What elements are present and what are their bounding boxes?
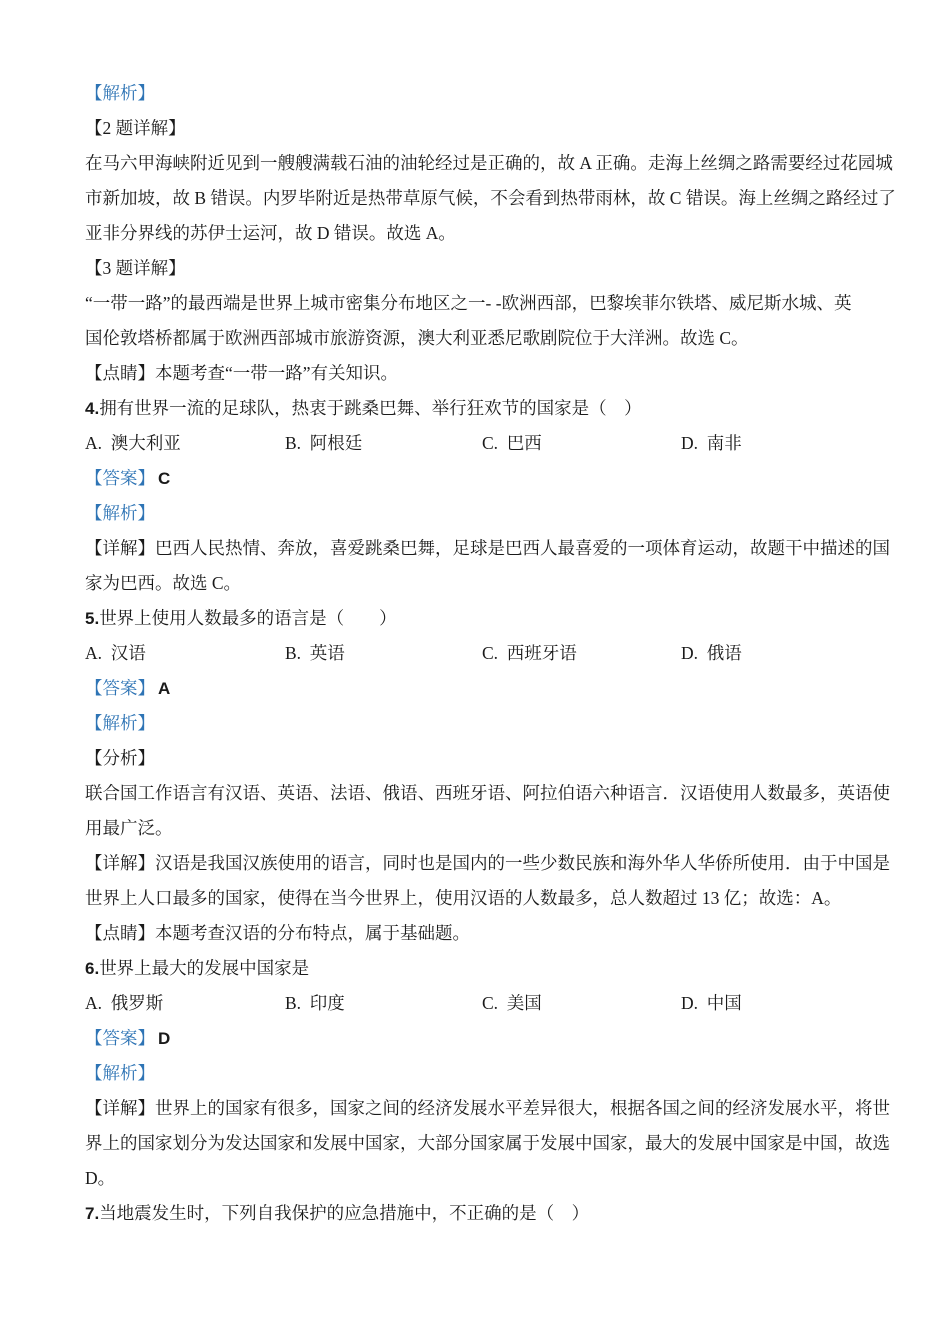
paragraph-text: 【详解】汉语是我国汉族使用的语言，同时也是国内的一些少数民族和海外华人华侨所使用… <box>85 853 890 873</box>
text-line: 界上的国家划分为发达国家和发展中国家，大部分国家属于发展中国家，最大的发展中国家… <box>85 1126 866 1161</box>
paragraph-text: 【3 题详解】 <box>85 258 186 278</box>
section-marker: 【解析】 <box>85 713 155 733</box>
section-marker-line: 【解析】 <box>85 706 866 741</box>
text-line: 【点睛】本题考查“一带一路”有关知识。 <box>85 356 866 391</box>
paragraph-text: 世界上人口最多的国家，使得在当今世界上，使用汉语的人数最多，总人数超过 13 亿… <box>85 888 841 908</box>
section-marker: 【解析】 <box>85 83 155 103</box>
text-line: D。 <box>85 1161 866 1196</box>
question-text: 世界上使用人数最多的语言是（ ） <box>99 608 397 628</box>
question-number: 6. <box>85 959 99 978</box>
option-item: D. 中国 <box>681 986 742 1021</box>
question-line: 4.拥有世界一流的足球队，热衷于跳桑巴舞、举行狂欢节的国家是（ ） <box>85 391 866 426</box>
text-line: 亚非分界线的苏伊士运河，故 D 错误。故选 A。 <box>85 216 866 251</box>
question-line: 5.世界上使用人数最多的语言是（ ） <box>85 601 866 636</box>
option-item: D. 南非 <box>681 426 742 461</box>
option-item: B. 印度 <box>285 986 482 1021</box>
text-line: 在马六甲海峡附近见到一艘艘满载石油的油轮经过是正确的，故 A 正确。走海上丝绸之… <box>85 146 866 181</box>
answer-line: 【答案】C <box>85 461 866 496</box>
text-line: 【点睛】本题考查汉语的分布特点，属于基础题。 <box>85 916 866 951</box>
paragraph-text: 亚非分界线的苏伊士运河，故 D 错误。故选 A。 <box>85 223 456 243</box>
text-line: 【分析】 <box>85 741 866 776</box>
option-item: B. 阿根廷 <box>285 426 482 461</box>
paragraph-text: 市新加坡，故 B 错误。内罗毕附近是热带草原气候，不会看到热带雨林，故 C 错误… <box>85 188 896 208</box>
paragraph-text: 【分析】 <box>85 748 155 768</box>
paragraph-text: 界上的国家划分为发达国家和发展中国家，大部分国家属于发展中国家，最大的发展中国家… <box>85 1133 890 1153</box>
text-line: 市新加坡，故 B 错误。内罗毕附近是热带草原气候，不会看到热带雨林，故 C 错误… <box>85 181 866 216</box>
answer-line: 【答案】D <box>85 1021 866 1056</box>
text-line: 联合国工作语言有汉语、英语、法语、俄语、西班牙语、阿拉伯语六种语言．汉语使用人数… <box>85 776 866 811</box>
option-item: C. 西班牙语 <box>482 636 681 671</box>
question-text: 拥有世界一流的足球队，热衷于跳桑巴舞、举行狂欢节的国家是（ ） <box>99 398 642 418</box>
question-line: 6.世界上最大的发展中国家是 <box>85 951 866 986</box>
paragraph-text: D。 <box>85 1168 115 1188</box>
section-marker-line: 【解析】 <box>85 1056 866 1091</box>
answer-line: 【答案】A <box>85 671 866 706</box>
paragraph-text: 联合国工作语言有汉语、英语、法语、俄语、西班牙语、阿拉伯语六种语言．汉语使用人数… <box>85 783 890 803</box>
section-marker-line: 【解析】 <box>85 76 866 111</box>
option-item: C. 巴西 <box>482 426 681 461</box>
paragraph-text: 国伦敦塔桥都属于欧洲西部城市旅游资源，澳大利亚悉尼歌剧院位于大洋洲。故选 C。 <box>85 328 749 348</box>
option-item: A. 俄罗斯 <box>85 986 285 1021</box>
text-line: 【详解】世界上的国家有很多，国家之间的经济发展水平差异很大，根据各国之间的经济发… <box>85 1091 866 1126</box>
option-item: D. 俄语 <box>681 636 742 671</box>
question-number: 7. <box>85 1204 99 1223</box>
question-number: 4. <box>85 399 99 418</box>
paragraph-text: 【2 题详解】 <box>85 118 186 138</box>
option-item: B. 英语 <box>285 636 482 671</box>
question-text: 世界上最大的发展中国家是 <box>99 958 309 978</box>
text-line: 国伦敦塔桥都属于欧洲西部城市旅游资源，澳大利亚悉尼歌剧院位于大洋洲。故选 C。 <box>85 321 866 356</box>
section-marker-line: 【解析】 <box>85 496 866 531</box>
option-item: A. 澳大利亚 <box>85 426 285 461</box>
text-line: 用最广泛。 <box>85 811 866 846</box>
paragraph-text: 用最广泛。 <box>85 818 173 838</box>
text-line: 世界上人口最多的国家，使得在当今世界上，使用汉语的人数最多，总人数超过 13 亿… <box>85 881 866 916</box>
question-line: 7.当地震发生时，下列自我保护的应急措施中，不正确的是（ ） <box>85 1196 866 1231</box>
option-item: A. 汉语 <box>85 636 285 671</box>
paragraph-text: 在马六甲海峡附近见到一艘艘满载石油的油轮经过是正确的，故 A 正确。走海上丝绸之… <box>85 153 893 173</box>
text-line: 【详解】巴西人民热情、奔放，喜爱跳桑巴舞，足球是巴西人最喜爱的一项体育运动，故题… <box>85 531 866 566</box>
paragraph-text: “一带一路”的最西端是世界上城市密集分布地区之一- -欧洲西部，巴黎埃菲尔铁塔、… <box>85 293 852 313</box>
paragraph-text: 家为巴西。故选 C。 <box>85 573 241 593</box>
paragraph-text: 【详解】巴西人民热情、奔放，喜爱跳桑巴舞，足球是巴西人最喜爱的一项体育运动，故题… <box>85 538 890 558</box>
options-row: A. 汉语B. 英语C. 西班牙语D. 俄语 <box>85 636 866 671</box>
question-text: 当地震发生时，下列自我保护的应急措施中，不正确的是（ ） <box>99 1203 589 1223</box>
text-line: 【详解】汉语是我国汉族使用的语言，同时也是国内的一些少数民族和海外华人华侨所使用… <box>85 846 866 881</box>
text-line: 家为巴西。故选 C。 <box>85 566 866 601</box>
question-number: 5. <box>85 609 99 628</box>
answer-marker: 【答案】 <box>85 678 155 698</box>
option-item: C. 美国 <box>482 986 681 1021</box>
text-line: 【2 题详解】 <box>85 111 866 146</box>
paragraph-text: 【点睛】本题考查“一带一路”有关知识。 <box>85 363 398 383</box>
text-line: 【3 题详解】 <box>85 251 866 286</box>
answer-marker: 【答案】 <box>85 468 155 488</box>
section-marker: 【解析】 <box>85 1063 155 1083</box>
answer-value: C <box>155 469 170 488</box>
options-row: A. 俄罗斯B. 印度C. 美国D. 中国 <box>85 986 866 1021</box>
answer-value: A <box>155 679 170 698</box>
answer-value: D <box>155 1029 170 1048</box>
text-line: “一带一路”的最西端是世界上城市密集分布地区之一- -欧洲西部，巴黎埃菲尔铁塔、… <box>85 286 866 321</box>
section-marker: 【解析】 <box>85 503 155 523</box>
answer-marker: 【答案】 <box>85 1028 155 1048</box>
document-body: 【解析】【2 题详解】在马六甲海峡附近见到一艘艘满载石油的油轮经过是正确的，故 … <box>85 76 866 1231</box>
options-row: A. 澳大利亚B. 阿根廷C. 巴西D. 南非 <box>85 426 866 461</box>
document-page: 【解析】【2 题详解】在马六甲海峡附近见到一艘艘满载石油的油轮经过是正确的，故 … <box>0 0 950 1344</box>
paragraph-text: 【详解】世界上的国家有很多，国家之间的经济发展水平差异很大，根据各国之间的经济发… <box>85 1098 890 1118</box>
paragraph-text: 【点睛】本题考查汉语的分布特点，属于基础题。 <box>85 923 470 943</box>
